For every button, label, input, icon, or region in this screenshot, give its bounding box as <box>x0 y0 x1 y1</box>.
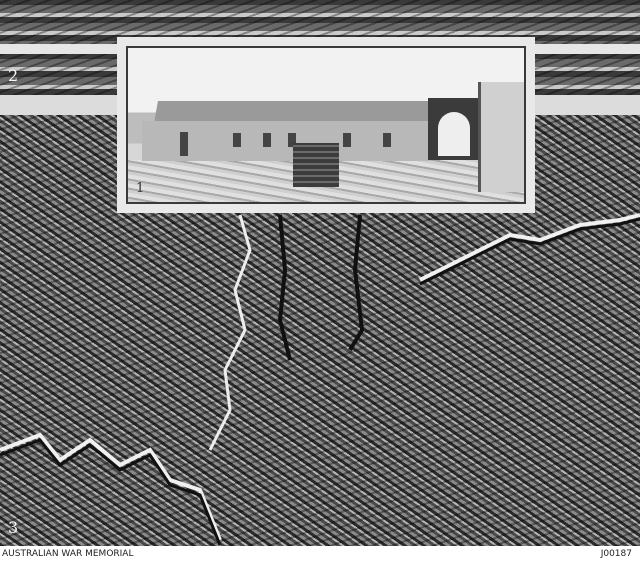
accession-number: J00187 <box>601 546 632 562</box>
window <box>343 133 351 147</box>
caption-bar: AUSTRALIAN WAR MEMORIAL J00187 <box>0 546 640 562</box>
building-roof <box>154 101 438 123</box>
door <box>180 132 188 156</box>
window <box>263 133 271 147</box>
gateway-opening <box>438 112 470 156</box>
inset-photo-frame: 1 <box>117 37 535 213</box>
wooden-shed <box>293 143 339 187</box>
institution-label: AUSTRALIAN WAR MEMORIAL <box>2 546 133 562</box>
window <box>383 133 391 147</box>
trench-lines <box>0 210 640 546</box>
aerial-photograph: 2 3 1 <box>0 0 640 546</box>
marker-3: 3 <box>8 518 18 537</box>
marker-2: 2 <box>8 66 18 85</box>
window <box>233 133 241 147</box>
side-building <box>478 82 526 192</box>
marker-1: 1 <box>136 181 144 196</box>
farm-buildings-photo: 1 <box>126 46 526 204</box>
